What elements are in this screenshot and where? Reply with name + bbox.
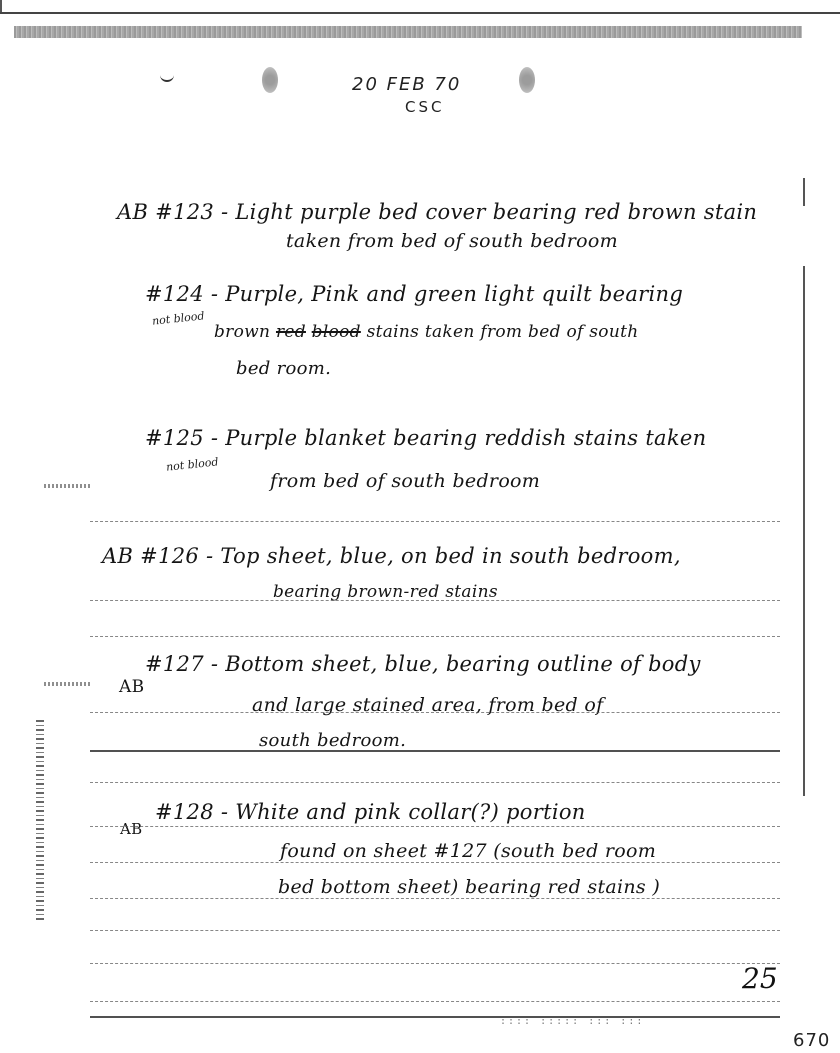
- entry-124-line-1: #124 - Purple, Pink and green light quil…: [145, 282, 683, 306]
- scan-speckle: [44, 484, 92, 488]
- ruled-line: [90, 636, 780, 637]
- entry-123-line-1: AB #123 - Light purple bed cover bearing…: [117, 200, 757, 224]
- scan-header-band: [14, 26, 802, 38]
- punch-hole-icon: [262, 67, 278, 93]
- entry-125-line-1: #125 - Purple blanket bearing reddish st…: [145, 426, 706, 450]
- entry-124-line-3: bed room.: [236, 358, 331, 379]
- ruled-line: [90, 826, 780, 827]
- header-initials: CSC: [405, 98, 444, 116]
- ruled-line: [90, 963, 780, 964]
- entry-128-line-1: #128 - White and pink collar(?) portion: [155, 800, 586, 824]
- entry-127-ab-label: AB: [119, 677, 144, 697]
- right-margin-line: [803, 178, 805, 206]
- ruled-line: [90, 1016, 780, 1018]
- ruled-line: [90, 712, 780, 713]
- entry-125-margin-note: not blood: [165, 455, 219, 473]
- entry-124-word-brown: brown: [214, 322, 270, 342]
- entry-128-line-3: bed bottom sheet) bearing red stains ): [278, 876, 660, 898]
- ruled-line: [90, 862, 780, 863]
- entry-127-line-1: #127 - Bottom sheet, blue, bearing outli…: [145, 652, 701, 676]
- entry-126-line-2: bearing brown-red stains: [273, 582, 498, 602]
- entry-126-line-1: AB #126 - Top sheet, blue, on bed in sou…: [102, 544, 681, 568]
- ruled-line: [90, 750, 780, 752]
- scan-speckle-edge: [36, 720, 44, 920]
- right-margin-line: [803, 266, 805, 796]
- header-date: 20 FEB 70: [352, 74, 461, 95]
- entry-123-line-2: taken from bed of south bedroom: [286, 230, 618, 252]
- scan-speckle: [44, 682, 92, 686]
- entry-124-margin-note: not blood: [151, 309, 205, 327]
- entry-128-line-2: found on sheet #127 (south bed room: [280, 840, 656, 862]
- ruled-line: [90, 521, 780, 522]
- ink-smudge: [160, 72, 174, 82]
- entry-124-struck-red: red: [276, 322, 306, 342]
- ruled-line: [90, 1001, 780, 1002]
- faded-stamp: :::: ::::: ::: :::: [500, 1016, 644, 1027]
- entry-124-line-2: brown red blood stains taken from bed of…: [214, 322, 638, 342]
- page-number: 670: [793, 1030, 830, 1051]
- entry-124-line-2-rest: stains taken from bed of south: [367, 322, 639, 342]
- handwritten-page-mark: 25: [742, 962, 778, 995]
- entry-125-line-2: from bed of south bedroom: [270, 470, 540, 492]
- ruled-line: [90, 898, 780, 899]
- ruled-line: [90, 930, 780, 931]
- entry-124-struck-blood: blood: [312, 322, 361, 342]
- top-edge-rule: [0, 12, 840, 14]
- ruled-line: [90, 782, 780, 783]
- entry-127-line-3: south bedroom.: [259, 730, 406, 751]
- punch-hole-icon: [519, 67, 535, 93]
- ruled-line: [90, 600, 780, 601]
- entry-128-ab-label: AB: [120, 820, 142, 838]
